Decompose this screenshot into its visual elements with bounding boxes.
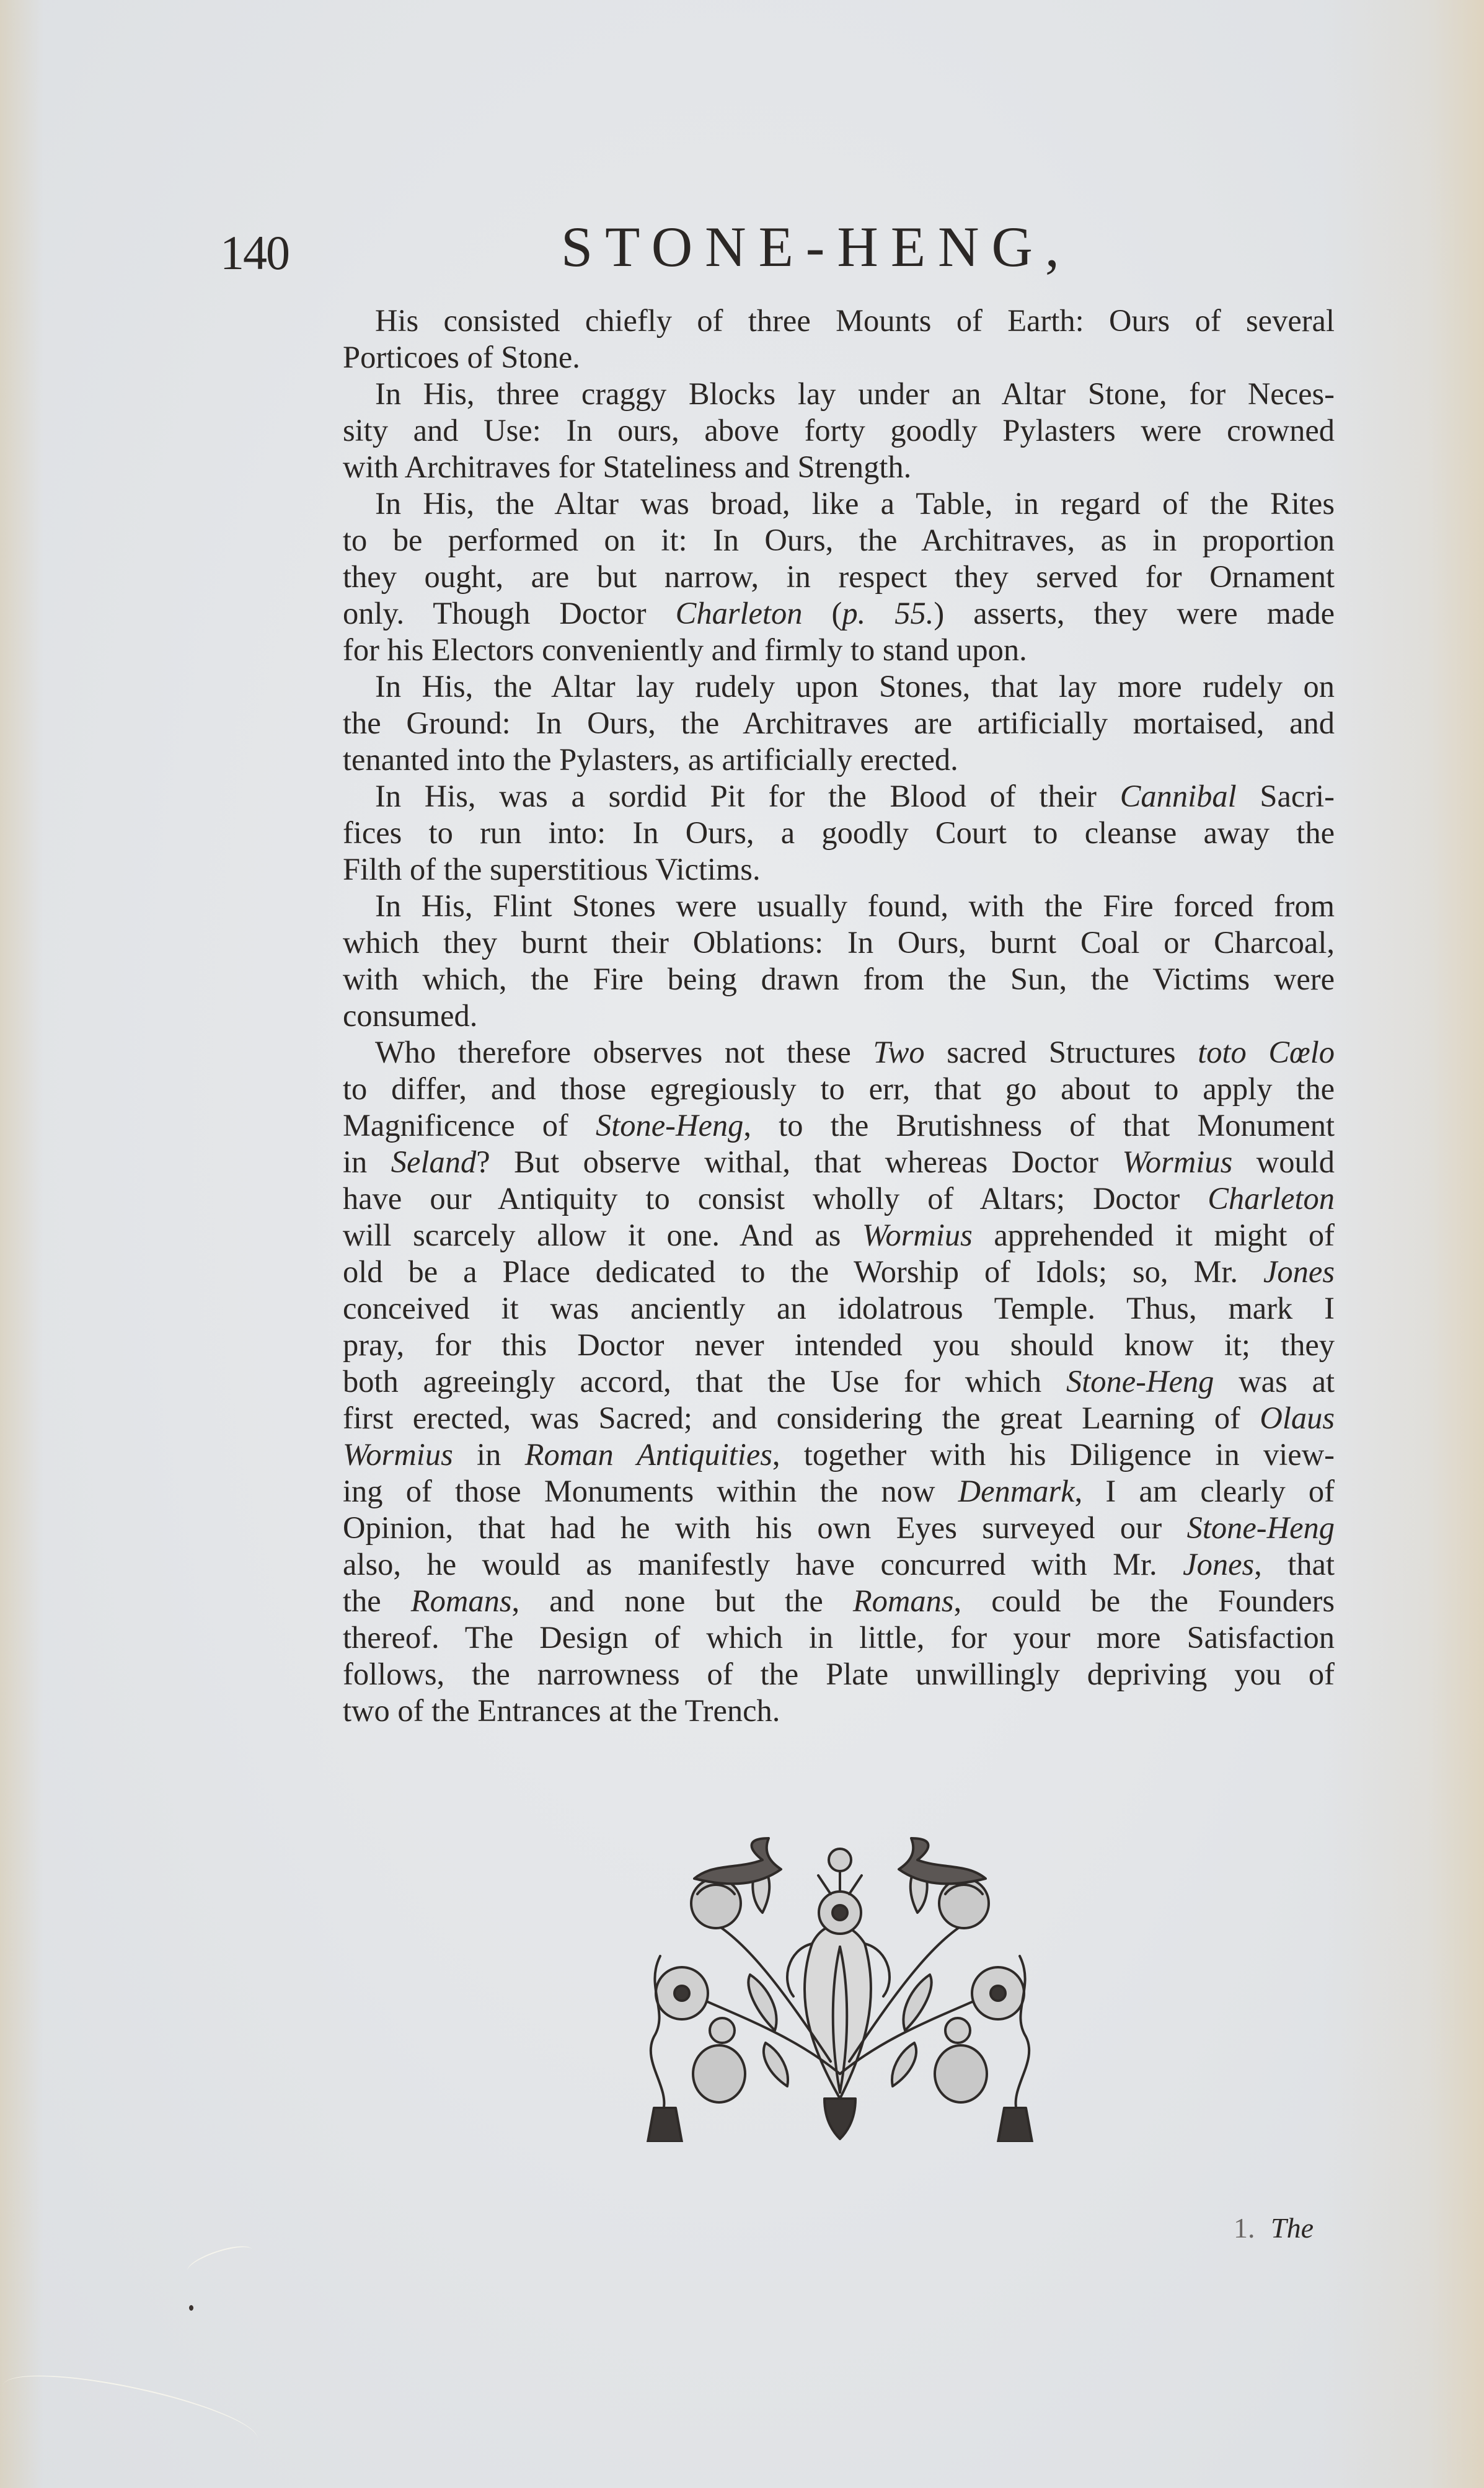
text-line: they ought, are but narrow, in respect t… — [343, 559, 1335, 595]
text-line: also, he would as manifestly have concur… — [343, 1546, 1335, 1583]
text-line: follows, the narrowness of the Plate unw… — [343, 1656, 1335, 1693]
text-line: sity and Use: In ours, above forty goodl… — [343, 412, 1335, 449]
text-line: to differ, and those egregiously to err,… — [343, 1071, 1335, 1107]
italic-term: Stone-Heng — [596, 1108, 743, 1143]
text-line: ing of those Monuments within the now De… — [343, 1473, 1335, 1510]
paragraph: In His, three craggy Blocks lay under an… — [343, 376, 1335, 485]
italic-term: Wormius — [1123, 1144, 1233, 1179]
text-line: In His, Flint Stones were usually found,… — [343, 888, 1335, 924]
italic-term: Romans — [853, 1583, 954, 1618]
italic-term: Stone-Heng — [1187, 1510, 1335, 1545]
text-line: In His, the Altar lay rudely upon Stones… — [343, 668, 1335, 705]
text-line: with Architraves for Stateliness and Str… — [343, 449, 1335, 485]
catchword: The — [1271, 2212, 1314, 2244]
text-line: the Ground: In Ours, the Architraves are… — [343, 705, 1335, 742]
text-line: which they burnt their Oblations: In Our… — [343, 924, 1335, 961]
text-line: tenanted into the Pylasters, as artifici… — [343, 742, 1335, 778]
text-line: Wormius in Roman Antiquities, together w… — [343, 1437, 1335, 1473]
paragraph: His consisted chiefly of three Mounts of… — [343, 303, 1335, 376]
text-line: for his Electors conveniently and firmly… — [343, 632, 1335, 668]
italic-term: Two — [873, 1035, 924, 1069]
body-text: His consisted chiefly of three Mounts of… — [343, 303, 1335, 1729]
paragraph: In His, the Altar lay rudely upon Stones… — [343, 668, 1335, 778]
italic-term: Romans — [411, 1583, 512, 1618]
ink-speck — [189, 2305, 193, 2311]
floral-tailpiece-icon — [626, 1826, 1054, 2142]
text-line: thereof. The Design of which in little, … — [343, 1619, 1335, 1656]
text-line: conceived it was anciently an idolatrous… — [343, 1290, 1335, 1327]
text-line: Magnificence of Stone-Heng, to the Bruti… — [343, 1107, 1335, 1144]
page-header: 140 STONE-HENG, — [220, 214, 1330, 282]
paragraph: In His, Flint Stones were usually found,… — [343, 888, 1335, 1034]
text-line: with which, the Fire being drawn from th… — [343, 961, 1335, 998]
text-line: Who therefore observes not these Two sac… — [343, 1034, 1335, 1071]
text-line: old be a Place dedicated to the Worship … — [343, 1254, 1335, 1290]
italic-term: Olaus — [1260, 1401, 1335, 1435]
text-line: pray, for this Doctor never intended you… — [343, 1327, 1335, 1363]
text-line: In His, the Altar was broad, like a Tabl… — [343, 485, 1335, 522]
text-line: His consisted chiefly of three Mounts of… — [343, 303, 1335, 339]
text-line: two of the Entrances at the Trench. — [343, 1693, 1335, 1729]
text-line: will scarcely allow it one. And as Wormi… — [343, 1217, 1335, 1254]
page-number: 140 — [220, 225, 289, 281]
text-line: to be performed on it: In Ours, the Arch… — [343, 522, 1335, 559]
italic-term: Roman Antiquities — [525, 1437, 772, 1472]
italic-term: toto Cœlo — [1198, 1035, 1335, 1069]
paragraph: In His, was a sordid Pit for the Blood o… — [343, 778, 1335, 888]
text-line: Filth of the superstitious Victims. — [343, 851, 1335, 888]
italic-term: Charleton — [676, 596, 803, 631]
text-line: Opinion, that had he with his own Eyes s… — [343, 1510, 1335, 1546]
text-line: first erected, was Sacred; and consideri… — [343, 1400, 1335, 1437]
text-line: both agreeingly accord, that the Use for… — [343, 1363, 1335, 1400]
italic-term: Denmark — [958, 1474, 1075, 1508]
italic-term: Seland — [391, 1144, 476, 1179]
running-title: STONE-HENG, — [561, 214, 1072, 280]
italic-term: Wormius — [343, 1437, 453, 1472]
text-line: consumed. — [343, 998, 1335, 1034]
text-line: the Romans, and none but the Romans, cou… — [343, 1583, 1335, 1619]
text-line: in Seland? But observe withal, that wher… — [343, 1144, 1335, 1180]
text-line: only. Though Doctor Charleton (p. 55.) a… — [343, 595, 1335, 632]
italic-term: Jones — [1183, 1547, 1254, 1582]
text-line: fices to run into: In Ours, a goodly Cou… — [343, 815, 1335, 851]
signature-mark: 1. — [1234, 2212, 1255, 2244]
text-line: In His, three craggy Blocks lay under an… — [343, 376, 1335, 412]
italic-term: Jones — [1263, 1254, 1335, 1289]
catchword-footer: 1. The — [1234, 2211, 1314, 2244]
italic-term: Stone-Heng — [1066, 1364, 1214, 1399]
text-line: have our Antiquity to consist wholly of … — [343, 1180, 1335, 1217]
paragraph: In His, the Altar was broad, like a Tabl… — [343, 485, 1335, 668]
text-line: Porticoes of Stone. — [343, 339, 1335, 376]
italic-term: p. 55. — [842, 596, 934, 631]
paragraph: Who therefore observes not these Two sac… — [343, 1034, 1335, 1729]
italic-term: Charleton — [1208, 1181, 1335, 1216]
italic-term: Wormius — [862, 1218, 973, 1252]
text-line: In His, was a sordid Pit for the Blood o… — [343, 778, 1335, 815]
italic-term: Cannibal — [1120, 779, 1237, 813]
